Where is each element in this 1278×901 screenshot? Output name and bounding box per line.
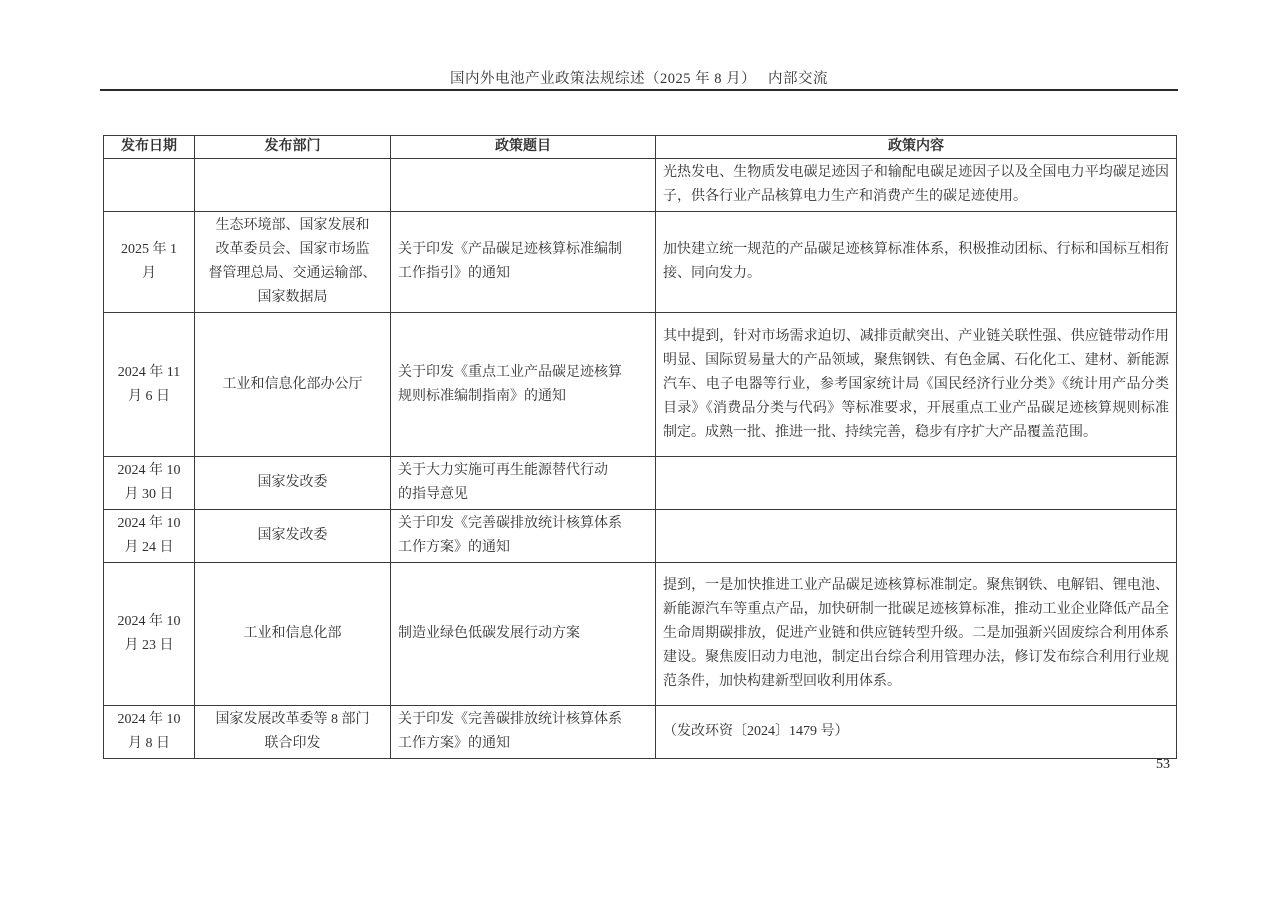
cell-content <box>656 510 1177 563</box>
table-row: 2024 年 10 月 24 日 国家发改委 关于印发《完善碳排放统计核算体系 … <box>104 510 1177 563</box>
table-row: 2024 年 10 月 30 日 国家发改委 关于大力实施可再生能源替代行动 的… <box>104 457 1177 510</box>
table-header-row: 发布日期 发布部门 政策题目 政策内容 <box>104 136 1177 159</box>
cell-department: 生态环境部、国家发展和 改革委员会、国家市场监 督管理总局、交通运输部、 国家数… <box>195 212 391 313</box>
cell-title: 关于大力实施可再生能源替代行动 的指导意见 <box>391 457 656 510</box>
cell-department: 工业和信息化部办公厅 <box>195 313 391 457</box>
cell-content: 加快建立统一规范的产品碳足迹核算标准体系，积极推动团标、行标和国标互相衔接、同向… <box>656 212 1177 313</box>
cell-department <box>195 159 391 212</box>
cell-date: 2024 年 10 月 23 日 <box>104 563 195 706</box>
col-header-policy-title: 政策题目 <box>391 136 656 159</box>
page-number: 53 <box>1143 757 1183 773</box>
cell-title: 关于印发《完善碳排放统计核算体系 工作方案》的通知 <box>391 510 656 563</box>
cell-title: 关于印发《完善碳排放统计核算体系 工作方案》的通知 <box>391 706 656 759</box>
table-row: 2025 年 1 月 生态环境部、国家发展和 改革委员会、国家市场监 督管理总局… <box>104 212 1177 313</box>
table-row: 2024 年 10 月 23 日 工业和信息化部 制造业绿色低碳发展行动方案 提… <box>104 563 1177 706</box>
cell-department: 国家发展改革委等 8 部门 联合印发 <box>195 706 391 759</box>
cell-date: 2024 年 11 月 6 日 <box>104 313 195 457</box>
cell-date: 2024 年 10 月 30 日 <box>104 457 195 510</box>
policy-table-header: 发布日期 发布部门 政策题目 政策内容 <box>104 136 1177 159</box>
cell-department: 国家发改委 <box>195 510 391 563</box>
cell-content <box>656 457 1177 510</box>
cell-department: 国家发改委 <box>195 457 391 510</box>
cell-title: 关于印发《产品碳足迹核算标准编制 工作指引》的通知 <box>391 212 656 313</box>
col-header-policy-content: 政策内容 <box>656 136 1177 159</box>
cell-date: 2025 年 1 月 <box>104 212 195 313</box>
cell-title: 关于印发《重点工业产品碳足迹核算 规则标准编制指南》的通知 <box>391 313 656 457</box>
cell-date: 2024 年 10 月 24 日 <box>104 510 195 563</box>
cell-date: 2024 年 10 月 8 日 <box>104 706 195 759</box>
col-header-publish-department: 发布部门 <box>195 136 391 159</box>
document-header-title: 国内外电池产业政策法规综述（2025 年 8 月） 内部交流 <box>0 67 1278 88</box>
cell-department: 工业和信息化部 <box>195 563 391 706</box>
policy-table: 发布日期 发布部门 政策题目 政策内容 光热发电、生物质发电碳足迹因子和输配电碳… <box>103 135 1177 759</box>
cell-content: 光热发电、生物质发电碳足迹因子和输配电碳足迹因子以及全国电力平均碳足迹因子，供各… <box>656 159 1177 212</box>
document-page: 国内外电池产业政策法规综述（2025 年 8 月） 内部交流 发布日期 发布部门… <box>0 0 1278 901</box>
cell-title <box>391 159 656 212</box>
table-row: 2024 年 11 月 6 日 工业和信息化部办公厅 关于印发《重点工业产品碳足… <box>104 313 1177 457</box>
header-divider-rule <box>100 89 1178 91</box>
cell-content: 其中提到，针对市场需求迫切、减排贡献突出、产业链关联性强、供应链带动作用明显、国… <box>656 313 1177 457</box>
cell-date <box>104 159 195 212</box>
cell-title: 制造业绿色低碳发展行动方案 <box>391 563 656 706</box>
col-header-publish-date: 发布日期 <box>104 136 195 159</box>
cell-content: 提到，一是加快推进工业产品碳足迹核算标准制定。聚焦钢铁、电解铝、锂电池、新能源汽… <box>656 563 1177 706</box>
cell-content: （发改环资〔2024〕1479 号） <box>656 706 1177 759</box>
table-row: 光热发电、生物质发电碳足迹因子和输配电碳足迹因子以及全国电力平均碳足迹因子，供各… <box>104 159 1177 212</box>
table-row: 2024 年 10 月 8 日 国家发展改革委等 8 部门 联合印发 关于印发《… <box>104 706 1177 759</box>
